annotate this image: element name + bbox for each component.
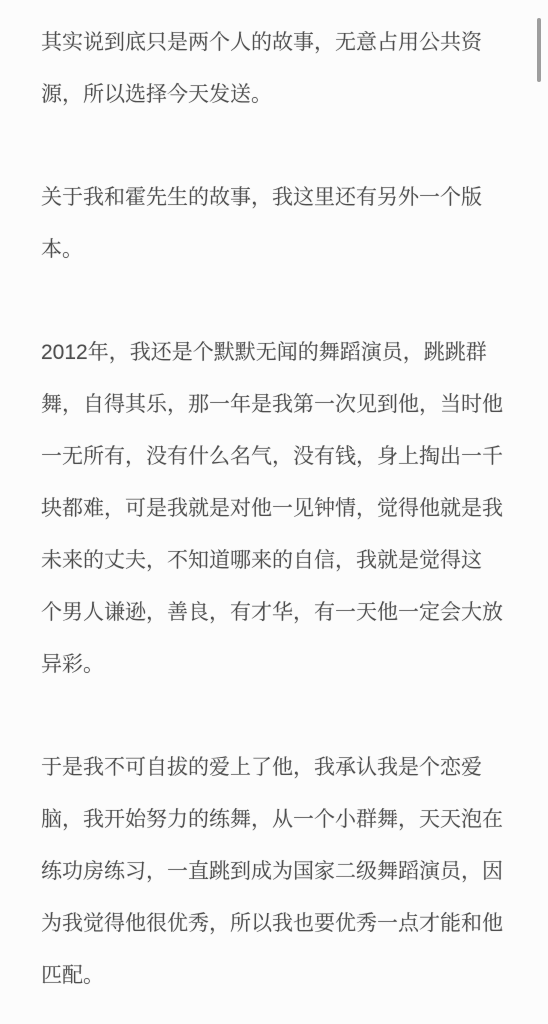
scrollbar-track[interactable] — [537, 0, 548, 1024]
text-line: 异彩。 — [41, 639, 528, 691]
article-body: 其实说到底只是两个人的故事，无意占用公共资源，所以选择今天发送。关于我和霍先生的… — [41, 17, 528, 1002]
text-line: 块都难，可是我就是对他一见钟情，觉得他就是我 — [41, 483, 528, 535]
text-line: 舞，自得其乐，那一年是我第一次见到他，当时他 — [41, 379, 528, 431]
text-line: 源，所以选择今天发送。 — [41, 69, 528, 121]
text-line: 脑，我开始努力的练舞，从一个小群舞，天天泡在 — [41, 794, 528, 846]
text-post-page: 其实说到底只是两个人的故事，无意占用公共资源，所以选择今天发送。关于我和霍先生的… — [0, 0, 548, 1024]
paragraph: 2012年，我还是个默默无闻的舞蹈演员，跳跳群舞，自得其乐，那一年是我第一次见到… — [41, 327, 528, 691]
text-line: 于是我不可自拔的爱上了他，我承认我是个恋爱 — [41, 742, 528, 794]
text-line: 为我觉得他很优秀，所以我也要优秀一点才能和他 — [41, 898, 528, 950]
scrollbar-thumb[interactable] — [537, 18, 541, 82]
text-line: 2012年，我还是个默默无闻的舞蹈演员，跳跳群 — [41, 327, 528, 379]
paragraph: 关于我和霍先生的故事，我这里还有另外一个版本。 — [41, 172, 528, 276]
text-line: 未来的丈夫，不知道哪来的自信，我就是觉得这 — [41, 535, 528, 587]
text-line: 本。 — [41, 224, 528, 276]
paragraph: 其实说到底只是两个人的故事，无意占用公共资源，所以选择今天发送。 — [41, 17, 528, 121]
text-line: 练功房练习，一直跳到成为国家二级舞蹈演员，因 — [41, 846, 528, 898]
text-line: 一无所有，没有什么名气，没有钱，身上掏出一千 — [41, 431, 528, 483]
text-line: 其实说到底只是两个人的故事，无意占用公共资 — [41, 17, 528, 69]
text-line: 关于我和霍先生的故事，我这里还有另外一个版 — [41, 172, 528, 224]
paragraph: 于是我不可自拔的爱上了他，我承认我是个恋爱脑，我开始努力的练舞，从一个小群舞，天… — [41, 742, 528, 1002]
text-line: 个男人谦逊，善良，有才华，有一天他一定会大放 — [41, 587, 528, 639]
text-line: 匹配。 — [41, 950, 528, 1002]
